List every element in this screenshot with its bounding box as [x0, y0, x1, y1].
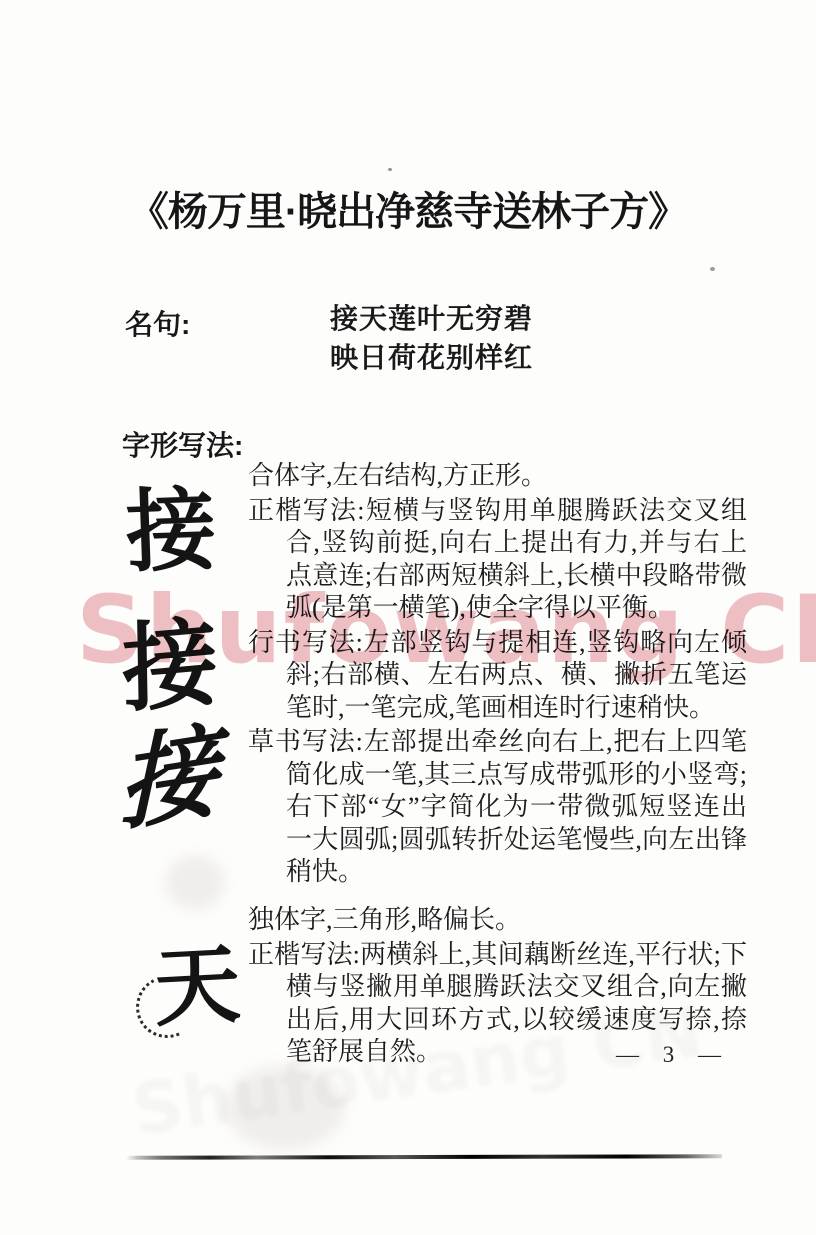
tian-regular-label: 正楷写法:	[248, 940, 360, 969]
jie-cursive-label: 草书写法:	[248, 727, 363, 756]
calligraphy-jie-cursive-script: 接	[118, 720, 219, 837]
book-page: 《杨万里·晓出净慈寺送林子方》 名句: 接天莲叶无穷碧 映日荷花别样红 字形写法…	[0, 0, 816, 1235]
famous-lines-poem: 接天莲叶无穷碧 映日荷花别样红	[330, 300, 533, 378]
bleedthrough-blot	[165, 855, 225, 910]
page-number: — 3 —	[608, 1042, 738, 1068]
scan-speck	[388, 168, 392, 171]
poem-line-2: 映日荷花别样红	[330, 339, 533, 378]
jie-running-paragraph: 行书写法:左部竖钩与提相连,竖钩略向左倾斜;右部横、左右两点、横、撇折五笔运笔时…	[248, 627, 747, 725]
calligraphy-jie-running-script: 接	[121, 614, 218, 719]
tian-structure-note: 独体字,三角形,略偏长。	[248, 904, 747, 937]
jie-running-label: 行书写法:	[248, 628, 363, 657]
scan-speck	[710, 267, 715, 271]
section-heading-character-forms: 字形写法:	[122, 424, 243, 464]
scan-edge-line	[126, 1154, 722, 1160]
jie-cursive-paragraph: 草书写法:左部提出牵丝向右上,把右上四笔简化成一笔,其三点写成带弧形的小竖弯;右…	[248, 726, 747, 889]
famous-lines-label: 名句:	[125, 303, 190, 343]
bleedthrough-blot	[225, 1065, 345, 1150]
page-title: 《杨万里·晓出净慈寺送林子方》	[0, 180, 816, 237]
jie-regular-label: 正楷写法:	[248, 496, 365, 525]
jie-regular-paragraph: 正楷写法:短横与竖钩用单腿腾跃法交叉组合,竖钩前挺,向右上提出有力,并与右上点意…	[248, 495, 747, 625]
poem-line-1: 接天莲叶无穷碧	[330, 300, 533, 339]
jie-writing-description: 合体字,左右结构,方正形。 正楷写法:短横与竖钩用单腿腾跃法交叉组合,竖钩前挺,…	[248, 460, 747, 891]
calligraphy-jie-regular-script: 接	[124, 484, 217, 577]
jie-structure-note: 合体字,左右结构,方正形。	[248, 460, 747, 493]
calligraphy-tian-regular-script: 天	[152, 942, 242, 1032]
